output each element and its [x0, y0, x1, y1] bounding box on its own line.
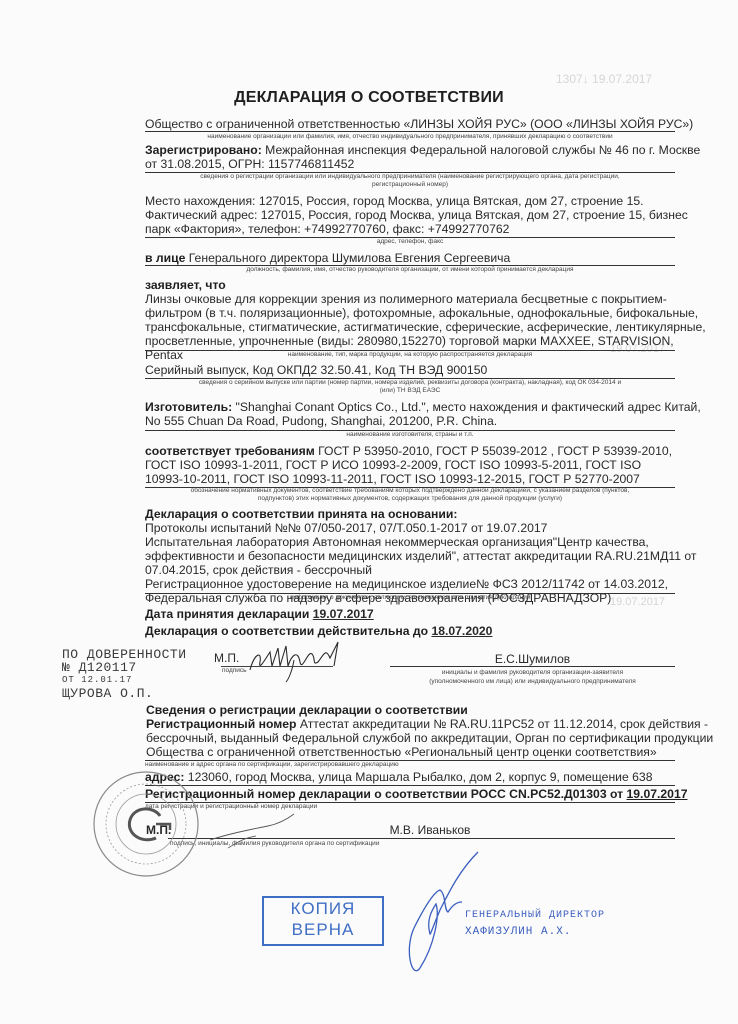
basis-caption: информация о документах, являющихся осно… [145, 594, 675, 602]
organization-name: Общество с ограниченной ответственностью… [145, 117, 675, 131]
product-line: трансфокальные, стигматические, астигмат… [145, 320, 675, 334]
reg-line: Общества с ограниченной ответственностью… [146, 745, 676, 759]
serial-release: Серийный выпуск, Код ОКПД2 32.50.41, Код… [145, 363, 675, 377]
accept-date-label: Дата принятия декларации [145, 607, 313, 621]
product-line: фильтром (в т.ч. поляризационные), фотох… [145, 306, 675, 320]
document-title: ДЕКЛАРАЦИЯ О СООТВЕТСТВИИ [0, 89, 738, 107]
registered-authority: Межрайонная инспекция Федеральной налого… [262, 143, 701, 157]
reg-info-label: Сведения о регистрации декларации о соот… [146, 703, 468, 717]
contact-phone-fax: парк «Фактория», телефон: +74992770760, … [145, 222, 675, 236]
declaration-reg-number: Регистрационный номер декларации о соотв… [145, 787, 675, 801]
cert-body-address: адрес: 123060, город Москва, улица Марша… [145, 770, 675, 784]
product-line: просветленные, упрочненные (виды: 280980… [145, 334, 675, 348]
seal-placeholder: М.П. [214, 651, 239, 665]
declaration-page: 1307↓ 19.07.2017 19.07.2017 19.07.2017 Д… [0, 0, 738, 1024]
cert-signer-name: М.В. Иваньков [330, 823, 530, 837]
signature-shumilov [242, 632, 352, 682]
manufacturer-caption: наименование изготовителя, страны и т.п. [145, 431, 675, 439]
registered-ogrn: от 31.08.2015, ОГРН: 1157746811452 [145, 157, 675, 171]
manufacturer-name: "Shanghai Conant Optics Co., Ltd.", мест… [232, 400, 701, 414]
proxy-stamp: ПО ДОВЕРЕННОСТИ № Д120117 ОТ 12.01.17 ЩУ… [62, 648, 187, 700]
manufacturer-address: No 555 Chuan Da Road, Pudong, Shanghai, … [145, 414, 675, 428]
basis-line: Регистрационное удостоверение на медицин… [145, 577, 675, 591]
manufacturer-section: Изготовитель: "Shanghai Conant Optics Co… [145, 400, 675, 428]
divider [145, 131, 675, 132]
standards-line: ГОСТ Р 53950-2010, ГОСТ Р 55039-2012 , Г… [315, 444, 672, 458]
standards-caption: обозначение нормативных документов, соот… [145, 487, 675, 503]
serial-caption: сведения о серийном выпуске или партии (… [145, 379, 675, 395]
divider [145, 785, 675, 786]
declares-label: заявляет, что [145, 278, 226, 292]
actual-address: Фактический адрес: 127015, Россия, город… [145, 208, 675, 222]
registration-caption: сведения о регистрации организации или и… [145, 173, 675, 189]
organization-caption: наименование организации или фамилия, им… [145, 133, 675, 141]
registered-label: Зарегистрировано: [145, 143, 262, 157]
reg-decl-date: 19.07.2017 [627, 787, 688, 801]
valid-until-date: 18.07.2020 [431, 624, 492, 638]
signer-line [390, 666, 675, 667]
reg-line: Аттестат аккредитации № RA.RU.11PC52 от … [296, 717, 708, 731]
basis-line: эффективности и безопасности медицинских… [145, 549, 675, 563]
standards-line: ГОСТ ISO 10993-1-2011, ГОСТ Р ИСО 10993-… [145, 458, 675, 472]
representative: в лице Генерального директора Шумилова Е… [145, 251, 675, 265]
certified-copy-stamp: КОПИЯ ВЕРНА [262, 896, 384, 946]
signer-name: Е.С.Шумилов [390, 652, 675, 666]
registration-info-section: Сведения о регистрации декларации о соот… [146, 703, 676, 759]
complies-label: соответствует требованиям [145, 444, 315, 458]
legal-address: Место нахождения: 127015, Россия, город … [145, 194, 675, 208]
person-caption: должность, фамилия, имя, отчество руково… [145, 266, 675, 274]
basis-line: Протоколы испытаний №№ 07/050-2017, 07/Т… [145, 521, 675, 535]
standards-section: соответствует требованиям ГОСТ Р 53950-2… [145, 444, 675, 486]
reg-line: бессрочный, выданный Федеральной службой… [146, 731, 676, 745]
registration-section: Зарегистрировано: Межрайонная инспекция … [145, 143, 675, 171]
reg-address: 123060, город Москва, улица Маршала Рыба… [184, 770, 652, 784]
person-name: Генерального директора Шумилова Евгения … [185, 251, 510, 265]
reg-number-label: Регистрационный номер [146, 717, 296, 731]
basis-label: Декларация о соответствии принята на осн… [145, 507, 457, 521]
basis-line: Испытательная лаборатория Автономная нек… [145, 535, 675, 549]
reg-caption: наименование и адрес органа по сертифика… [145, 761, 675, 769]
reg-decl-label: Регистрационный номер декларации о соотв… [145, 787, 627, 801]
product-caption: наименование, тип, марка продукции, на к… [145, 351, 675, 359]
product-line: Линзы очковые для коррекции зрения из по… [145, 292, 675, 306]
dates-section: Дата принятия декларации 19.07.2017 Декл… [145, 607, 675, 638]
bleed-through-text: 1307↓ 19.07.2017 [556, 72, 652, 86]
address-caption: адрес, телефон, факс [145, 238, 675, 246]
certification-seal [90, 768, 202, 880]
person-label: в лице [145, 251, 185, 265]
signature-ivankov [208, 808, 298, 848]
basis-line: 07.04.2015, срок действия - бессрочный [145, 563, 675, 577]
manufacturer-label: Изготовитель: [145, 400, 232, 414]
signer-caption: инициалы и фамилия руководителя организа… [390, 668, 675, 686]
basis-section: Декларация о соответствии принята на осн… [145, 507, 675, 605]
address-section: Место нахождения: 127015, Россия, город … [145, 194, 675, 236]
accept-date: 19.07.2017 [313, 607, 374, 621]
standards-line: 10993-10-2011, ГОСТ ISO 10993-11-2011, Г… [145, 472, 675, 486]
director-stamp: ГЕНЕРАЛЬНЫЙ ДИРЕКТОР ХАФИЗУЛИН А.Х. [465, 907, 605, 941]
